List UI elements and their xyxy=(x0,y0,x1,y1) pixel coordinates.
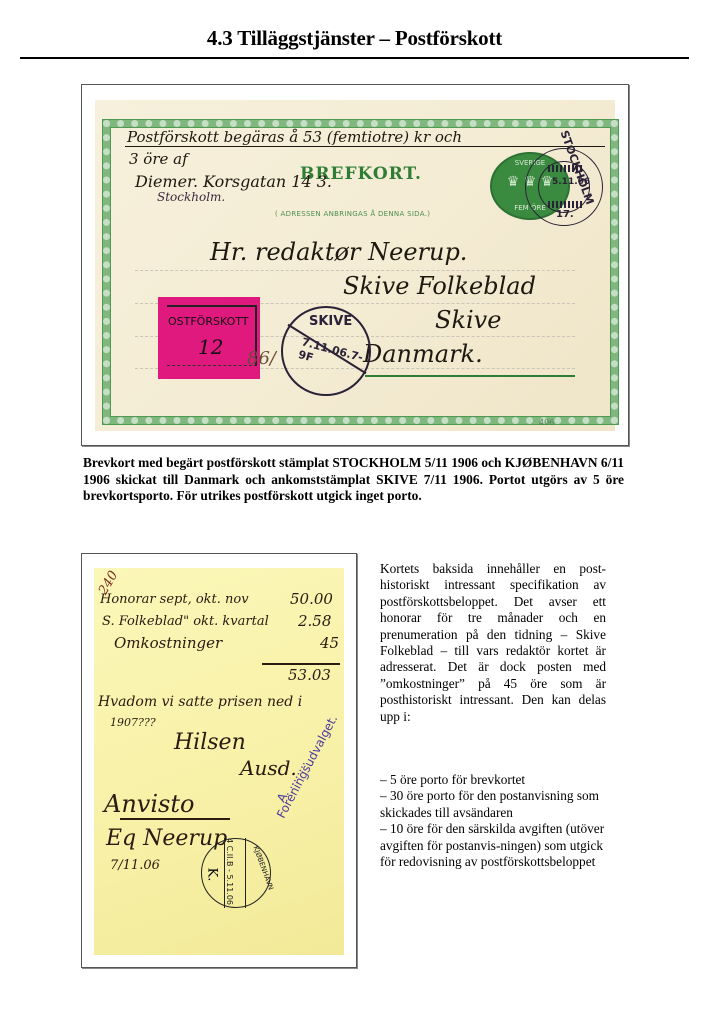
title-rule xyxy=(20,57,689,59)
postmark-date: 7.11.06.7-9F xyxy=(297,335,371,378)
spec-label: Honorar sept, okt. nov xyxy=(100,592,249,607)
address-instruction: ( ADRESSEN ANBRINGAS Å DENNA SIDA.) xyxy=(275,210,430,218)
list-item: – 10 öre för den särskilda avgiften (utö… xyxy=(380,821,620,870)
label-number: 12 xyxy=(198,335,223,359)
postmark-date: 4 C.II.B - 5.11.06 xyxy=(225,838,234,905)
spec-total: 53.03 xyxy=(288,666,331,684)
kobenhavn-postmark: K. 4 C.II.B - 5.11.06 KJØBENHAVN xyxy=(201,838,271,908)
address-country: Danmark. xyxy=(363,340,483,368)
postmark-number: 17. xyxy=(556,209,574,220)
address-name: Hr. redaktør Neerup. xyxy=(210,238,467,266)
list-item: – 30 öre porto för den postanvisning som… xyxy=(380,788,620,821)
description-text: Kortets baksida innehåller en post-histo… xyxy=(380,561,606,725)
postmark-city: SKIVE xyxy=(309,314,352,329)
address-underline xyxy=(365,375,575,377)
spec-amount: 2.58 xyxy=(298,612,331,630)
postmark-letter: K. xyxy=(204,868,219,882)
list-item: – 5 öre porto för brevkortet xyxy=(380,772,620,788)
signature: Anvisto xyxy=(104,790,194,818)
cost-breakdown-list: – 5 öre porto för brevkortet – 30 öre po… xyxy=(380,772,620,870)
back-card-figure: 240 Honorar sept, okt. nov 50.00 S. Folk… xyxy=(81,553,357,968)
card-number: 406 xyxy=(539,418,554,427)
address-city: Skive xyxy=(435,306,501,334)
figure-caption: Brevkort med begärt postförskott stämpla… xyxy=(83,455,624,505)
postforskott-label: OSTFÖRSKOTT 12 xyxy=(158,297,260,379)
signature: Eq Neerup xyxy=(106,826,227,851)
handwriting-line: 3 öre af xyxy=(129,150,188,168)
description-paragraph: Kortets baksida innehåller en post-histo… xyxy=(380,561,606,725)
postmark-date: 5.11.06 xyxy=(552,177,590,187)
postcard-back-image: 240 Honorar sept, okt. nov 50.00 S. Folk… xyxy=(94,568,344,955)
spec-amount: 50.00 xyxy=(290,590,333,608)
postcard-front-image: Postförskott begäras å 53 (femtiotre) kr… xyxy=(95,100,615,431)
page-title: 4.3 Tilläggstjänster – Postförskott xyxy=(0,26,709,51)
front-card-figure: Postförskott begäras å 53 (femtiotre) kr… xyxy=(81,84,629,446)
greeting: Hilsen xyxy=(174,730,246,755)
postmark-city: KJØBENHAVN xyxy=(251,845,274,891)
spec-label: S. Folkeblad" okt. kvartal xyxy=(102,614,269,629)
skive-postmark: SKIVE 7.11.06.7-9F xyxy=(281,306,371,396)
label-text: OSTFÖRSKOTT xyxy=(168,315,249,328)
sum-rule xyxy=(262,663,340,665)
date-note: 7/11.06 xyxy=(110,858,160,873)
spec-label: Omkostninger xyxy=(114,634,222,652)
handwriting-line: Diemer. Korsgatan 14 3. xyxy=(135,172,332,191)
underline xyxy=(125,146,605,147)
note-line: Hvadom vi satte prisen ned i xyxy=(98,694,302,710)
handwriting-line: Postförskott begäras å 53 (femtiotre) kr… xyxy=(127,128,462,146)
pencil-note: 86/ xyxy=(247,348,276,369)
address-newspaper: Skive Folkeblad xyxy=(343,272,536,300)
postmark-bars xyxy=(548,201,582,208)
handwriting-line: Stockholm. xyxy=(157,190,225,204)
signature-underline xyxy=(120,818,230,820)
stockholm-postmark: STOCKHOLM 5.11.06 17. xyxy=(525,148,603,226)
note-line: 1907??? xyxy=(110,716,156,729)
spec-amount: 45 xyxy=(320,634,339,652)
address-line xyxy=(135,270,575,271)
